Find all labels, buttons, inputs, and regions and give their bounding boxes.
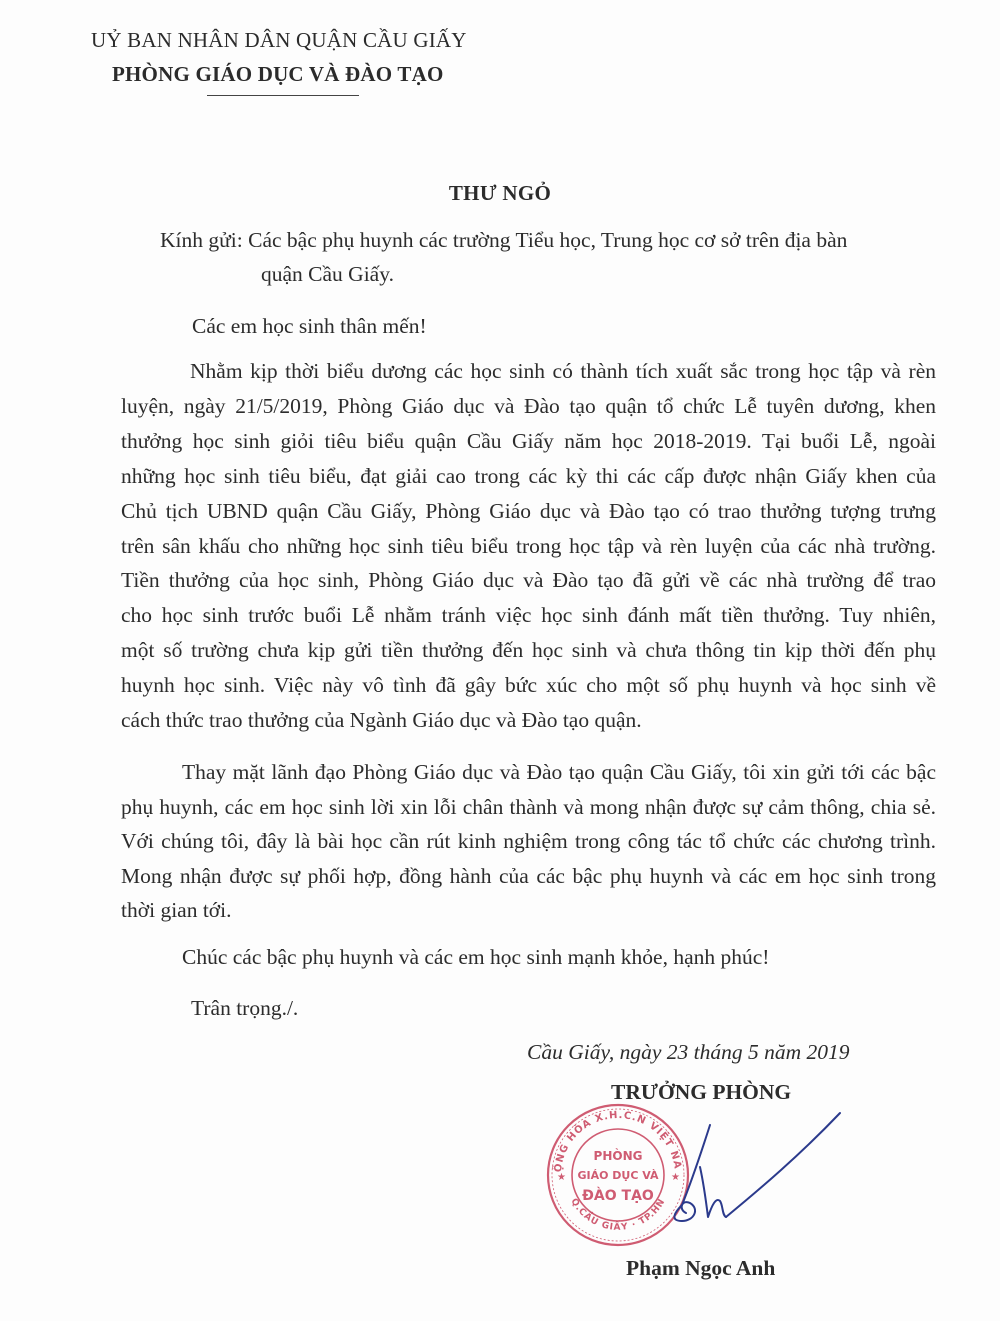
- body-line: Chủ tịch UBND quận Cầu Giấy, Phòng Giáo …: [121, 499, 936, 524]
- body-line: cách thức trao thưởng của Ngành Giáo dục…: [121, 708, 642, 733]
- stamp-line: ĐÀO TẠO: [582, 1187, 654, 1204]
- letter-page: UỶ BAN NHÂN DÂN QUẬN CẦU GIẤY PHÒNG GIÁO…: [0, 0, 1000, 1321]
- issuing-department: PHÒNG GIÁO DỤC VÀ ĐÀO TẠO: [112, 62, 444, 87]
- body-line: luyện, ngày 21/5/2019, Phòng Giáo dục và…: [121, 394, 936, 419]
- signer-name: Phạm Ngọc Anh: [626, 1256, 775, 1281]
- salutation-line: quận Cầu Giấy.: [261, 262, 394, 287]
- greeting-line: Các em học sinh thân mến!: [192, 314, 427, 339]
- salutation-line: Kính gửi: Các bậc phụ huynh các trường T…: [160, 228, 847, 253]
- body-line: thời gian tới.: [121, 898, 232, 923]
- body-line: Nhằm kịp thời biểu dương các học sinh có…: [190, 359, 936, 384]
- svg-text:★: ★: [557, 1172, 566, 1183]
- body-line: một số trường chưa kịp gửi tiền thưởng đ…: [121, 638, 936, 663]
- handwritten-signature: [660, 1105, 850, 1235]
- closing-regards: Trân trọng./.: [191, 996, 298, 1021]
- body-line: Mong nhận được sự phối hợp, đồng hành củ…: [121, 864, 936, 889]
- body-line: Với chúng tôi, đây là bài học cần rút ki…: [121, 829, 936, 854]
- body-line: huynh học sinh. Việc này vô tình đã gây …: [121, 673, 936, 698]
- body-line: phụ huynh, các em học sinh lời xin lỗi c…: [121, 795, 936, 820]
- letter-title: THƯ NGỎ: [0, 181, 1000, 206]
- body-line: trên sân khấu cho những học sinh tiêu bi…: [121, 534, 936, 559]
- place-and-date: Cầu Giấy, ngày 23 tháng 5 năm 2019: [527, 1040, 850, 1065]
- stamp-line: GIÁO DỤC VÀ: [577, 1169, 659, 1182]
- body-line: thưởng học sinh giỏi tiêu biểu quận Cầu …: [121, 429, 936, 454]
- body-line: Thay mặt lãnh đạo Phòng Giáo dục và Đào …: [182, 760, 936, 785]
- body-line: những học sinh tiêu biểu, đạt giải cao t…: [121, 464, 936, 489]
- stamp-line: PHÒNG: [594, 1148, 643, 1163]
- issuing-authority: UỶ BAN NHÂN DÂN QUẬN CẦU GIẤY: [91, 28, 467, 53]
- body-line: cho học sinh trước buổi Lễ nhằm tránh vi…: [121, 603, 936, 628]
- body-line: Tiền thưởng của học sinh, Phòng Giáo dục…: [121, 568, 936, 593]
- header-divider: [207, 95, 359, 96]
- closing-wish: Chúc các bậc phụ huynh và các em học sin…: [182, 945, 769, 970]
